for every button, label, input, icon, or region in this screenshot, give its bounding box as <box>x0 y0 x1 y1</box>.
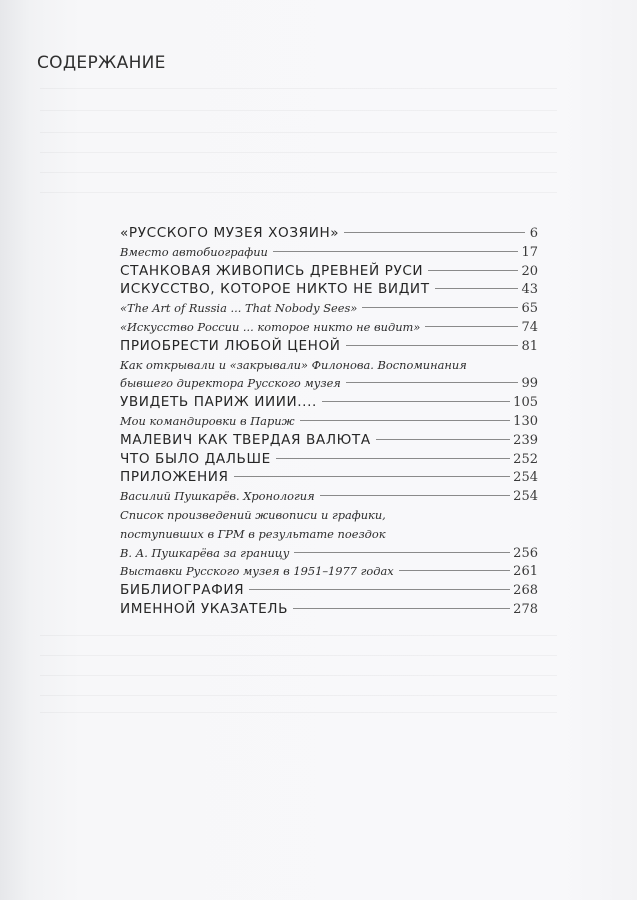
leader-line <box>435 288 519 289</box>
toc-chapter-entry: ИМЕННОЙ УКАЗАТЕЛЬ278 <box>120 600 538 619</box>
table-of-contents: «РУССКОГО МУЗЕЯ ХОЗЯИН»6Вместо автобиогр… <box>120 224 538 619</box>
entry-title: Список произведений живописи и графики, <box>120 506 386 525</box>
page-number: 20 <box>521 263 538 282</box>
toc-subentry: «The Art of Russia ... That Nobody Sees»… <box>120 299 538 318</box>
page-number: 254 <box>513 469 538 488</box>
toc-chapter-entry: СТАНКОВАЯ ЖИВОПИСЬ ДРЕВНЕЙ РУСИ20 <box>120 262 538 281</box>
entry-title: ИСКУССТВО, КОТОРОЕ НИКТО НЕ ВИДИТ <box>120 280 430 299</box>
toc-chapter-entry: «РУССКОГО МУЗЕЯ ХОЗЯИН»6 <box>120 224 538 243</box>
toc-chapter-entry: ИСКУССТВО, КОТОРОЕ НИКТО НЕ ВИДИТ43 <box>120 280 538 299</box>
entry-title: Как открывали и «закрывали» Филонова. Во… <box>120 356 467 375</box>
toc-subentry: Список произведений живописи и графики, <box>120 506 538 525</box>
toc-chapter-entry: ПРИОБРЕСТИ ЛЮБОЙ ЦЕНОЙ81 <box>120 337 538 356</box>
leader-line <box>362 307 518 308</box>
entry-title: Вместо автобиографии <box>120 243 268 262</box>
page-number: 256 <box>513 545 538 564</box>
leader-line <box>428 270 518 271</box>
entry-title: УВИДЕТЬ ПАРИЖ ИИИИ.... <box>120 393 317 412</box>
toc-subentry: поступивших в ГРМ в результате поездок <box>120 525 538 544</box>
entry-title: ПРИОБРЕСТИ ЛЮБОЙ ЦЕНОЙ <box>120 337 341 356</box>
entry-title: ЧТО БЫЛО ДАЛЬШЕ <box>120 450 271 469</box>
toc-subentry: Мои командировки в Париж130 <box>120 412 538 431</box>
page-number: 268 <box>513 582 538 601</box>
toc-chapter-entry: УВИДЕТЬ ПАРИЖ ИИИИ....105 <box>120 393 538 412</box>
entry-title: СТАНКОВАЯ ЖИВОПИСЬ ДРЕВНЕЙ РУСИ <box>120 262 423 281</box>
toc-chapter-entry: БИБЛИОГРАФИЯ268 <box>120 581 538 600</box>
page-number: 239 <box>513 432 538 451</box>
toc-chapter-entry: ЧТО БЫЛО ДАЛЬШЕ252 <box>120 450 538 469</box>
page-number: 278 <box>513 601 538 620</box>
entry-title: Выставки Русского музея в 1951–1977 года… <box>120 562 394 581</box>
leader-line <box>425 326 518 327</box>
leader-line <box>320 495 511 496</box>
entry-title: «РУССКОГО МУЗЕЯ ХОЗЯИН» <box>120 224 339 243</box>
entry-title: поступивших в ГРМ в результате поездок <box>120 525 386 544</box>
toc-subentry: «Искусство России ... которое никто не в… <box>120 318 538 337</box>
leader-line <box>294 552 510 553</box>
entry-title: МАЛЕВИЧ КАК ТВЕРДАЯ ВАЛЮТА <box>120 431 371 450</box>
leader-line <box>273 251 519 252</box>
page-number: 252 <box>513 451 538 470</box>
leader-line <box>344 232 525 233</box>
page-number: 6 <box>528 225 538 244</box>
page-number: 105 <box>513 394 538 413</box>
toc-subentry: Вместо автобиографии17 <box>120 243 538 262</box>
leader-line <box>346 345 519 346</box>
entry-title: Мои командировки в Париж <box>120 412 295 431</box>
leader-line <box>346 382 519 383</box>
entry-title: ПРИЛОЖЕНИЯ <box>120 468 229 487</box>
page-number: 17 <box>521 244 538 263</box>
toc-subentry: бывшего директора Русского музея99 <box>120 374 538 393</box>
toc-subentry: В. А. Пушкарёва за границу256 <box>120 544 538 563</box>
leader-line <box>322 401 510 402</box>
page-number: 130 <box>513 413 538 432</box>
leader-line <box>300 420 511 421</box>
entry-title: В. А. Пушкарёва за границу <box>120 544 289 563</box>
leader-line <box>399 570 510 571</box>
entry-title: ИМЕННОЙ УКАЗАТЕЛЬ <box>120 600 288 619</box>
page-number: 74 <box>521 319 538 338</box>
entry-title: «The Art of Russia ... That Nobody Sees» <box>120 299 357 318</box>
toc-subentry: Василий Пушкарёв. Хронология254 <box>120 487 538 506</box>
leader-line <box>276 458 510 459</box>
leader-line <box>376 439 510 440</box>
page-title: СОДЕРЖАНИЕ <box>37 53 166 73</box>
toc-chapter-entry: МАЛЕВИЧ КАК ТВЕРДАЯ ВАЛЮТА239 <box>120 431 538 450</box>
entry-title: «Искусство России ... которое никто не в… <box>120 318 420 337</box>
leader-line <box>293 608 510 609</box>
toc-subentry: Как открывали и «закрывали» Филонова. Во… <box>120 356 538 375</box>
leader-line <box>249 589 510 590</box>
entry-title: Василий Пушкарёв. Хронология <box>120 487 315 506</box>
toc-chapter-entry: ПРИЛОЖЕНИЯ254 <box>120 468 538 487</box>
page-number: 81 <box>521 338 538 357</box>
page-number: 261 <box>513 563 538 582</box>
page-number: 99 <box>521 375 538 394</box>
leader-line <box>234 476 511 477</box>
toc-subentry: Выставки Русского музея в 1951–1977 года… <box>120 562 538 581</box>
entry-title: бывшего директора Русского музея <box>120 374 341 393</box>
page-number: 65 <box>521 300 538 319</box>
page-number: 254 <box>513 488 538 507</box>
entry-title: БИБЛИОГРАФИЯ <box>120 581 244 600</box>
page-number: 43 <box>521 281 538 300</box>
